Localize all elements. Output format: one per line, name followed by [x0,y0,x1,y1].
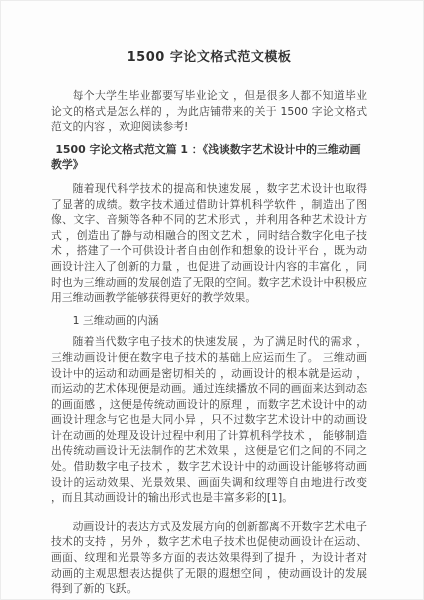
subsection-1-paragraph-1: 随着当代数字电子技术的快速发展 ，为了满足时代的需求 ，三维动画设计便在数字电子… [51,334,367,506]
document-page: 1500 字论文格式范文模板 每个大学生毕业都要写毕业论文 ，但是很多人都不知道… [0,0,424,600]
document-title: 1500 字论文格式范文模板 [51,46,367,65]
section-1-heading: 1500 字论文格式范文篇 1 ：《浅谈数字艺术设计中的三维动画教学》 [51,142,367,173]
subsection-1-heading: 1 三维动画的内涵 [51,313,367,329]
intro-paragraph: 每个大学生毕业都要写毕业论文 ，但是很多人都不知道毕业论文的格式是怎么样的 ，为… [51,88,367,135]
subsection-1-paragraph-2: 动画设计的表达方式及发展方向的创新都离不开数字艺术电子技术的支持 ，另外 ，数字… [51,519,367,597]
section-1-paragraph: 随着现代科学技术的提高和快速发展 ，数字艺术设计也取得了显著的成绩。数字技术通过… [51,181,367,306]
